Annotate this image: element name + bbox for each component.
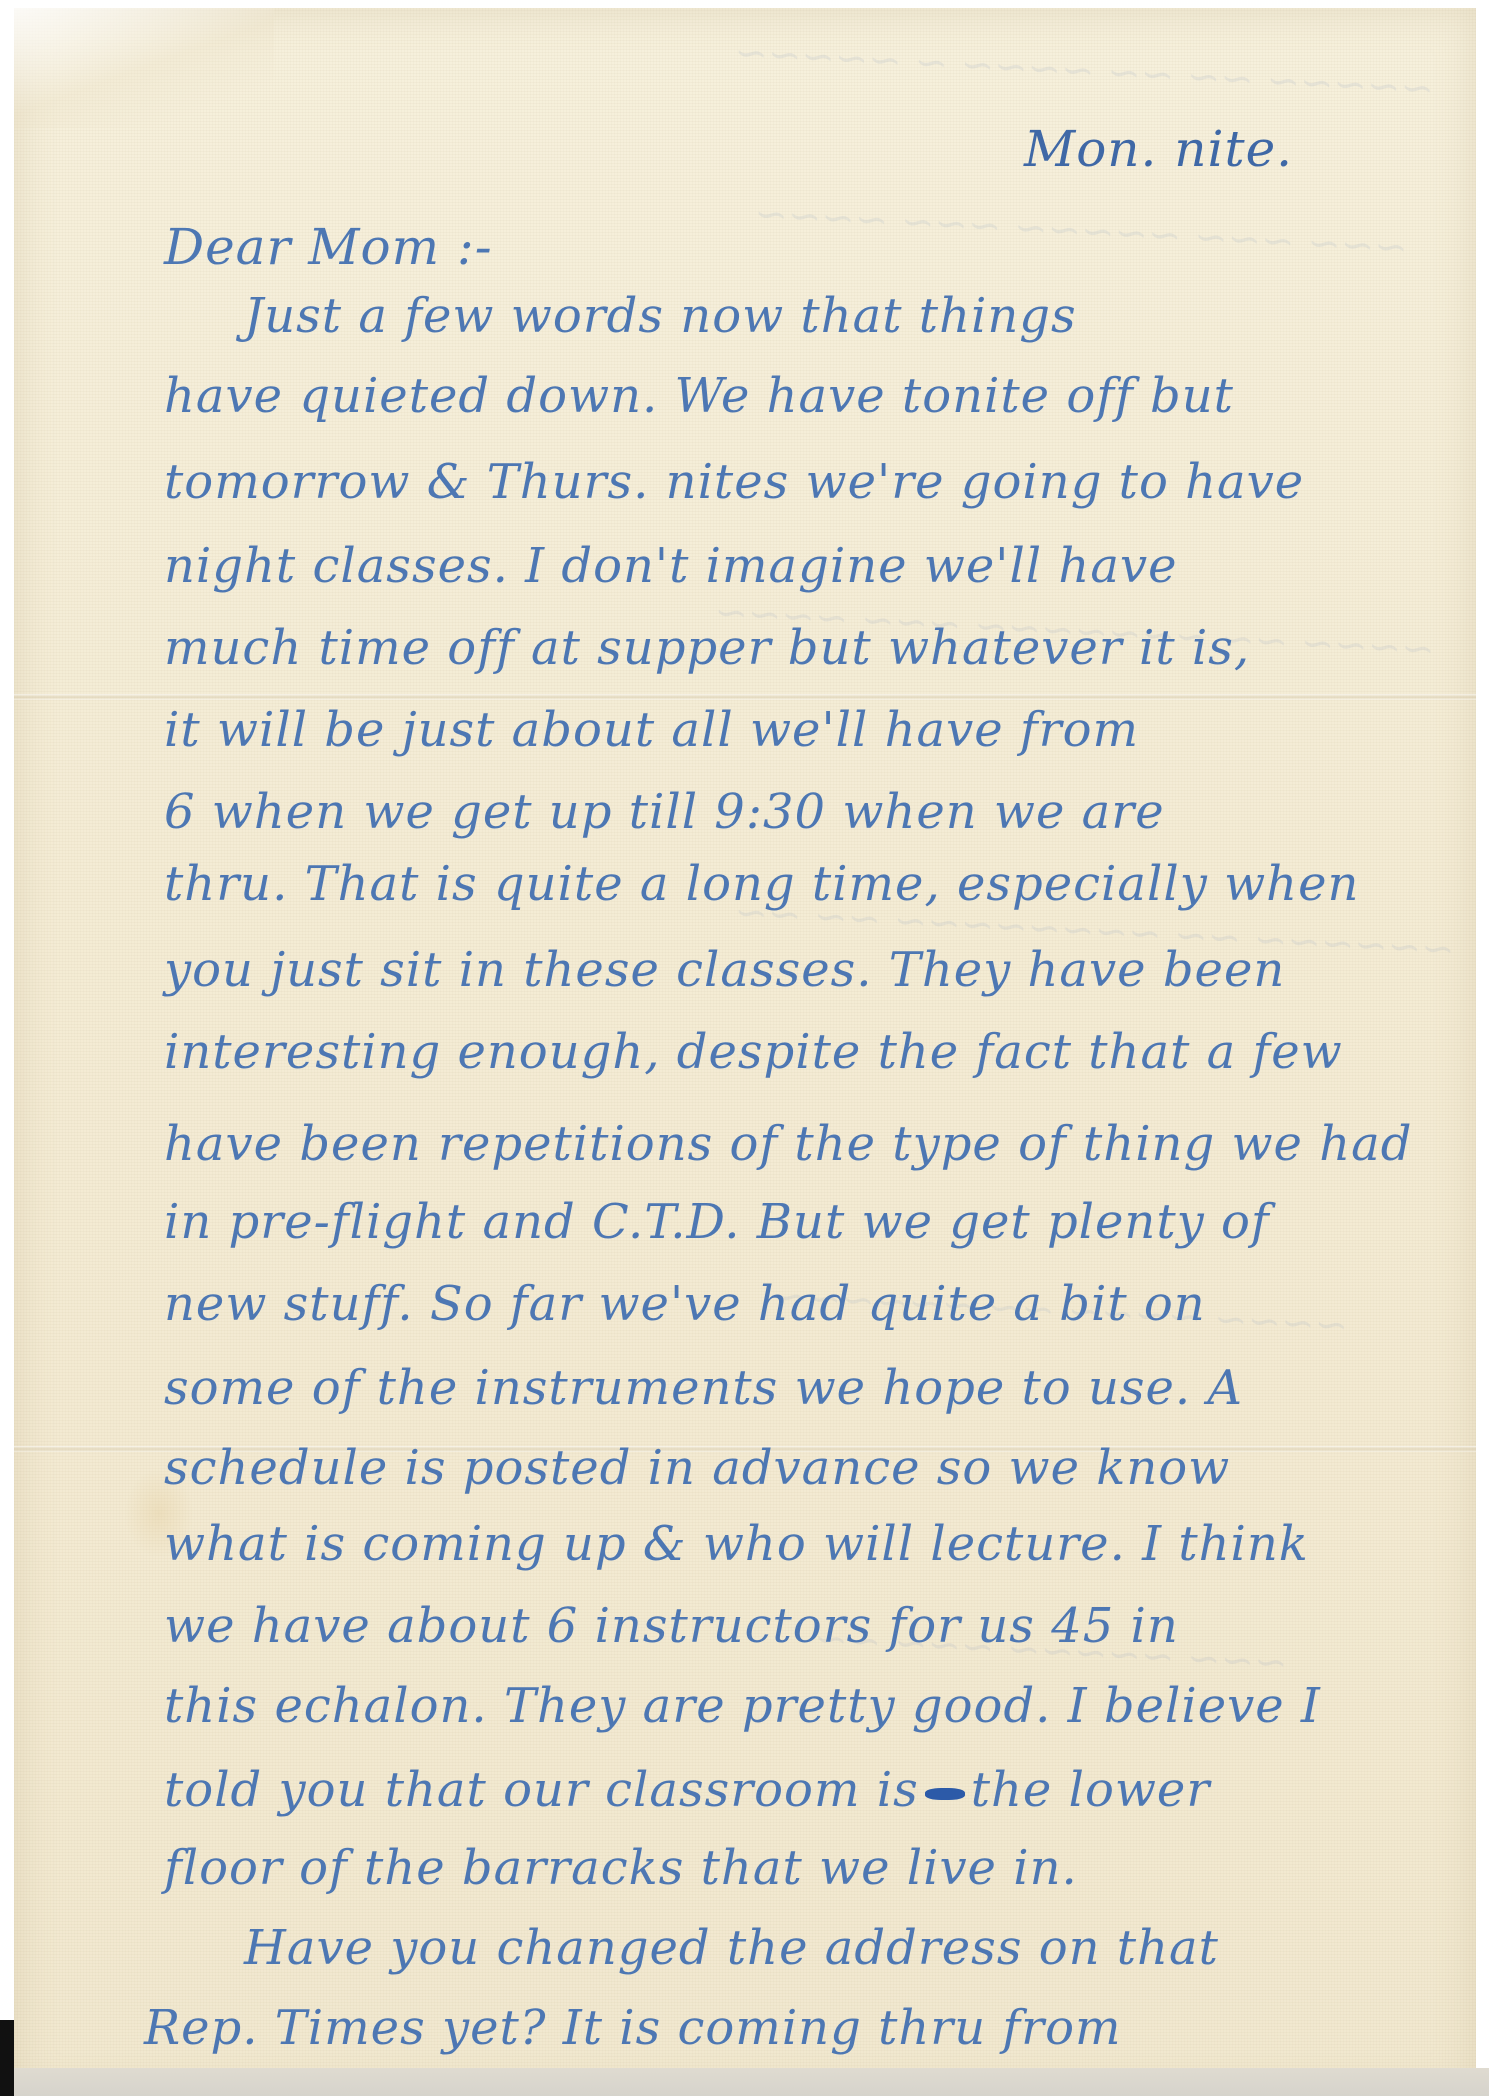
scanner-bed [14,2068,1489,2096]
letter-line: new stuff. So far we've had quite a bit … [164,1276,1206,1332]
letter-line: have quieted down. We have tonite off bu… [164,368,1234,424]
letter-line: you just sit in these classes. They have… [164,942,1285,998]
letter-line-text: told you that our classroom is [164,1762,919,1818]
letter-line: this echalon. They are pretty good. I be… [164,1678,1321,1734]
letter-line: floor of the barracks that we live in. [164,1840,1078,1896]
letter-line: Rep. Times yet? It is coming thru from [144,2000,1122,2056]
letter-line: thru. That is quite a long time, especia… [164,856,1359,912]
letter-line: Just a few words now that things [244,288,1077,344]
letter-line: some of the instruments we hope to use. … [164,1360,1243,1416]
letter-line: we have about 6 instructors for us 45 in [164,1598,1179,1654]
letter-line: it will be just about all we'll have fro… [164,702,1139,758]
letter-line-text: the lower [971,1762,1211,1818]
letter-page: ~~~~~ ~~ ~~ ~~~~ ~ ~~~~~ ~~~ ~~~ ~~~~~ ~… [14,8,1476,2096]
letter-line: in pre-flight and C.T.D. But we get plen… [164,1194,1270,1250]
fold-line [14,694,1476,700]
letter-line: Have you changed the address on that [244,1920,1219,1976]
letter-date: Mon. nite. [1024,120,1293,178]
letter-line: schedule is posted in advance so we know [164,1440,1230,1496]
paper-crease [14,8,274,128]
bleed-through: ~~~~~ ~~ ~~ ~~~~ ~ ~~~~~ [733,30,1435,113]
letter-salutation: Dear Mom :- [164,218,493,276]
letter-line: night classes. I don't imagine we'll hav… [164,538,1177,594]
bleed-through: ~~~ ~~~ ~~~~~ ~~~ ~~~~ [753,191,1409,271]
letter-line: what is coming up & who will lecture. I … [164,1516,1309,1572]
ink-blot [925,1788,965,1800]
scanned-letter: ~~~~~ ~~ ~~ ~~~~ ~ ~~~~~ ~~~ ~~~ ~~~~~ ~… [0,0,1489,2096]
letter-line: tomorrow & Thurs. nites we're going to h… [164,454,1304,510]
letter-line: have been repetitions of the type of thi… [164,1116,1412,1172]
letter-line: 6 when we get up till 9:30 when we are [164,784,1165,840]
letter-line: interesting enough, despite the fact tha… [164,1024,1343,1080]
letter-line: told you that our classroom isthe lower [164,1762,1210,1818]
letter-line: much time off at supper but whatever it … [164,620,1250,676]
